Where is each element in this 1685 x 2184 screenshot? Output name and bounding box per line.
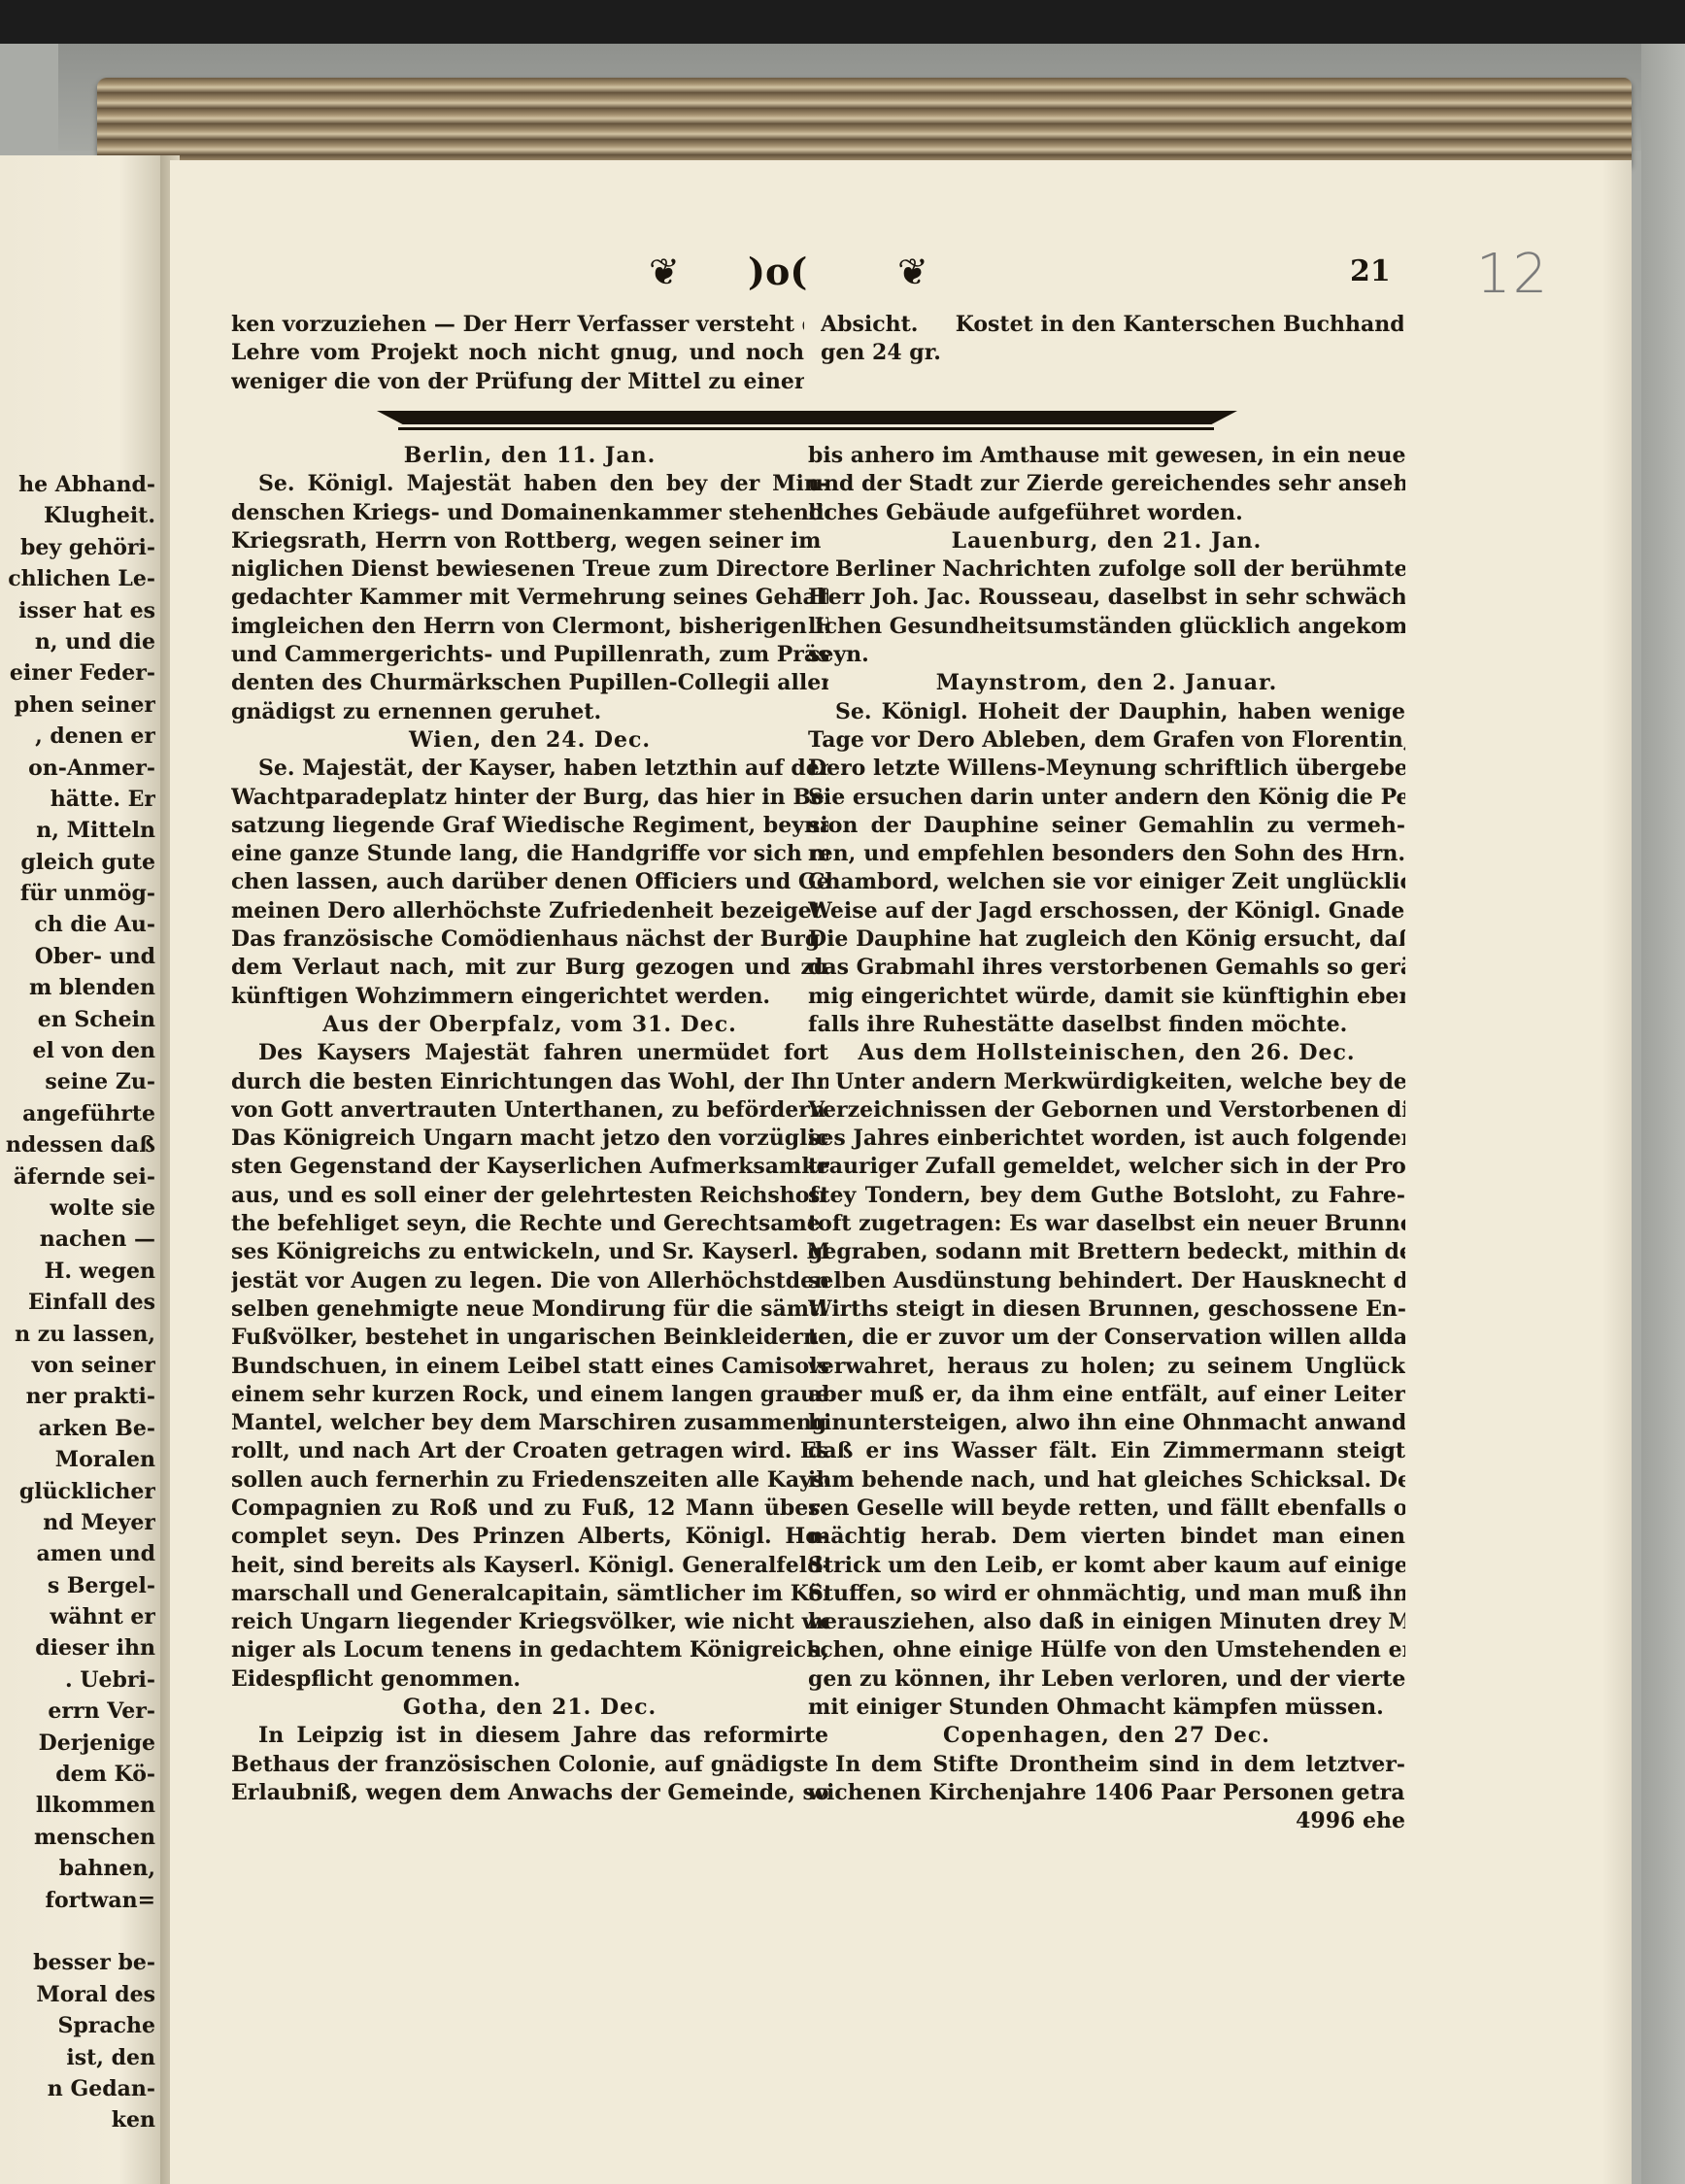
fragment-line: menschen (0, 1824, 155, 1855)
fragment-line: Sprache (0, 2012, 155, 2043)
fragment-line: glücklicher (0, 1478, 155, 1509)
news-paragraph: In Leipzig ist in diesem Jahre das refor… (231, 1722, 828, 1807)
fragment-line: amen und (0, 1540, 155, 1571)
text-line: Lehre vom Projekt noch nicht gnug, und n… (231, 339, 804, 367)
text-line: sion der Dauphine seiner Gemahlin zu ver… (808, 812, 1405, 840)
shell-ornament-icon: ❦ (649, 248, 680, 296)
page-number: 21 (1350, 254, 1391, 288)
text-line: bis anhero im Amthause mit gewesen, in e… (808, 442, 1405, 470)
text-line: Sie ersuchen darin unter andern den Köni… (808, 784, 1405, 812)
fragment-line: . Uebri- (0, 1666, 155, 1697)
dateline-heading: Aus dem Hollsteinischen, den 26. Dec. (808, 1039, 1405, 1067)
fragment-line (0, 1918, 155, 1949)
text-line: hinuntersteigen, alwo ihn eine Ohnmacht … (808, 1409, 1405, 1437)
shell-ornament-icon: ❦ (897, 248, 928, 296)
news-paragraph: Se. Königl. Hoheit der Dauphin, haben we… (808, 698, 1405, 1040)
dateline-heading: Maynstrom, den 2. Januar. (808, 669, 1405, 697)
fragment-line: wolte sie (0, 1194, 155, 1226)
text-line: sollen auch fernerhin zu Friedenszeiten … (231, 1466, 828, 1495)
fragment-line: chlichen Le- (0, 565, 155, 596)
section-divider-rule (377, 411, 1237, 424)
fragment-line: Moral des (0, 1981, 155, 2012)
text-line: Berliner Nachrichten zufolge soll der be… (808, 555, 1405, 584)
text-line: reich Ungarn liegender Kriegsvölker, wie… (231, 1608, 828, 1636)
fragment-line: von seiner (0, 1352, 155, 1383)
fragment-line: ndessen daß (0, 1131, 155, 1162)
text-line: niger als Locum tenens in gedachtem Köni… (231, 1636, 828, 1664)
dateline-heading: Gotha, den 21. Dec. (231, 1694, 828, 1722)
text-line: aus, und es soll einer der gelehrtesten … (231, 1182, 828, 1210)
text-line: gedachter Kammer mit Vermehrung seines G… (231, 584, 828, 612)
fragment-line: m blenden (0, 974, 155, 1005)
text-line: Wirths steigt in diesen Brunnen, geschos… (808, 1295, 1405, 1324)
fragment-line: Moralen (0, 1446, 155, 1477)
text-line: herausziehen, also daß in einigen Minute… (808, 1608, 1405, 1636)
news-paragraph: In dem Stifte Drontheim sind in dem letz… (808, 1751, 1405, 1808)
fragment-line: phen seiner (0, 691, 155, 722)
text-line: Das Königreich Ungarn macht jetzo den vo… (231, 1125, 828, 1153)
text-line: seyn. (808, 641, 1405, 669)
fragment-line: angeführte (0, 1100, 155, 1131)
column-right: bis anhero im Amthause mit gewesen, in e… (808, 442, 1405, 1836)
text-line: lichen Gesundheitsumständen glücklich an… (808, 613, 1405, 641)
page-block-edges (97, 78, 1632, 165)
fragment-line: isser hat es (0, 597, 155, 628)
fragment-line: ch die Au- (0, 911, 155, 942)
text-line: chen lassen, auch darüber denen Officier… (231, 868, 828, 896)
text-line: daß er ins Wasser fält. Ein Zimmermann s… (808, 1437, 1405, 1465)
catchword: 4996 ehe (808, 1807, 1405, 1835)
dateline-heading: Aus der Oberpfalz, vom 31. Dec. (231, 1011, 828, 1039)
text-line: Die Dauphine hat zugleich den König ersu… (808, 925, 1405, 954)
news-paragraph: Se. Königl. Majestät haben den bey der M… (231, 470, 828, 726)
text-line: liches Gebäude aufgeführet worden. (808, 499, 1405, 527)
fragment-line: besser be- (0, 1949, 155, 1980)
fragment-line: Derjenige (0, 1730, 155, 1761)
text-line: Se. Majestät, der Kayser, haben letzthin… (231, 755, 828, 783)
text-line: toft zugetragen: Es war daselbst ein neu… (808, 1210, 1405, 1238)
text-line: complet seyn. Des Prinzen Alberts, König… (231, 1523, 828, 1551)
page-header: ❦ )o( ❦ (0, 248, 1685, 296)
intro-right: Absicht. Kostet in den Kanterschen Buchh… (821, 311, 1403, 368)
fragment-line: el von den (0, 1037, 155, 1068)
fragment-line: ist, den (0, 2044, 155, 2075)
text-line: durch die besten Einrichtungen das Wohl,… (231, 1068, 828, 1096)
news-paragraph: bis anhero im Amthause mit gewesen, in e… (808, 442, 1405, 527)
fragment-line: he Abhand- (0, 471, 155, 502)
fragment-line: n, Mitteln (0, 817, 155, 848)
text-line: Dero letzte Willens-Meynung schriftlich … (808, 755, 1405, 783)
text-line: marschall und Generalcapitain, sämtliche… (231, 1580, 828, 1608)
text-line: Mantel, welcher bey dem Marschiren zusam… (231, 1409, 828, 1437)
fragment-line: ner prakti- (0, 1383, 155, 1414)
fragment-line: Klugheit. (0, 502, 155, 533)
pencil-folio-number: 12 (1476, 243, 1549, 306)
fragment-line: H. wegen (0, 1258, 155, 1289)
news-paragraph: Berliner Nachrichten zufolge soll der be… (808, 555, 1405, 669)
dateline-heading: Copenhagen, den 27 Dec. (808, 1722, 1405, 1750)
column-left: Berlin, den 11. Jan.Se. Königl. Majestät… (231, 442, 828, 1807)
text-line: Herr Joh. Jac. Rousseau, daselbst in seh… (808, 584, 1405, 612)
text-line: Tage vor Dero Ableben, dem Grafen von Fl… (808, 726, 1405, 755)
fragment-line: seine Zu- (0, 1068, 155, 1099)
text-line: gen zu können, ihr Leben verloren, und d… (808, 1665, 1405, 1694)
fragment-line: dem Kö- (0, 1761, 155, 1792)
text-line: Fußvölker, bestehet in ungarischen Beink… (231, 1324, 828, 1352)
fragment-line: llkommen (0, 1792, 155, 1823)
text-line: ten, die er zuvor um der Conservation wi… (808, 1324, 1405, 1352)
text-line: Bethaus der französischen Colonie, auf g… (231, 1751, 828, 1779)
text-line: eine ganze Stunde lang, die Handgriffe v… (231, 840, 828, 868)
fragment-line: hätte. Er (0, 786, 155, 817)
text-line: ken vorzuziehen — Der Herr Verfasser ver… (231, 311, 804, 339)
fragment-line: wähnt er (0, 1603, 155, 1634)
fragment-line: für unmög- (0, 880, 155, 911)
fragment-line: n zu lassen, (0, 1321, 155, 1352)
fragment-line: en Schein (0, 1006, 155, 1037)
fragment-line: dieser ihn (0, 1634, 155, 1665)
text-line: selben Ausdünstung behindert. Der Hauskn… (808, 1267, 1405, 1295)
fragment-line: bahnen, (0, 1855, 155, 1886)
text-line: Kriegsrath, Herrn von Rottberg, wegen se… (231, 527, 828, 555)
news-paragraph: Unter andern Merkwürdigkeiten, welche be… (808, 1068, 1405, 1723)
text-line: Se. Königl. Majestät haben den bey der M… (231, 470, 828, 498)
text-line: Verzeichnissen der Gebornen und Verstorb… (808, 1096, 1405, 1125)
fragment-line: on-Anmer- (0, 755, 155, 786)
text-line: In dem Stifte Drontheim sind in dem letz… (808, 1751, 1405, 1779)
text-line: meinen Dero allerhöchste Zufriedenheit b… (231, 897, 828, 925)
fragment-line: gleich gute (0, 849, 155, 880)
text-line: künftigen Wohzimmern eingerichtet werden… (231, 983, 828, 1011)
text-line: verwahret, heraus zu holen; zu seinem Un… (808, 1353, 1405, 1381)
dateline-heading: Wien, den 24. Dec. (231, 726, 828, 755)
fragment-line: einer Feder- (0, 659, 155, 690)
text-line: denschen Kriegs- und Domainenkammer steh… (231, 499, 828, 527)
news-paragraph: Des Kaysers Majestät fahren unermüdet fo… (231, 1039, 828, 1694)
text-line: Compagnien zu Roß und zu Fuß, 12 Mann üb… (231, 1495, 828, 1523)
text-line: selben genehmigte neue Mondirung für die… (231, 1295, 828, 1324)
text-line: Stuffen, so wird er ohnmächtig, und man … (808, 1580, 1405, 1608)
fragment-line: Ober- und (0, 943, 155, 974)
center-ornament-icon: )o( (748, 248, 807, 296)
dateline-heading: Lauenburg, den 21. Jan. (808, 527, 1405, 555)
text-line: trauriger Zufall gemeldet, welcher sich … (808, 1153, 1405, 1181)
text-line: schen, ohne einige Hülfe von den Umstehe… (808, 1636, 1405, 1664)
dateline-heading: Berlin, den 11. Jan. (231, 442, 828, 470)
text-line: dem Verlaut nach, mit zur Burg gezogen u… (231, 954, 828, 982)
text-line: ses Königreichs zu entwickeln, und Sr. K… (231, 1238, 828, 1266)
text-line: jestät vor Augen zu legen. Die von Aller… (231, 1267, 828, 1295)
fragment-line: n, und die (0, 628, 155, 659)
text-line: ren, und empfehlen besonders den Sohn de… (808, 840, 1405, 868)
text-line: Eidespflicht genommen. (231, 1665, 828, 1694)
text-line: einem sehr kurzen Rock, und einem langen… (231, 1381, 828, 1409)
left-page: he Abhand-Klugheit.bey gehöri-chlichen L… (0, 155, 170, 2184)
text-line: Absicht. Kostet in den Kanterschen Buchh… (821, 311, 1403, 339)
cover-right-edge (1641, 44, 1685, 2184)
text-line: von Gott anvertrauten Unterthanen, zu be… (231, 1096, 828, 1125)
fragment-line: , denen er (0, 722, 155, 754)
text-line: ihm behende nach, und hat gleiches Schic… (808, 1466, 1405, 1495)
text-line: Das französische Comödienhaus nächst der… (231, 925, 828, 954)
text-line: Se. Königl. Hoheit der Dauphin, haben we… (808, 698, 1405, 726)
text-line: mig eingerichtet würde, damit sie künfti… (808, 983, 1405, 1011)
text-line: Wachtparadeplatz hinter der Burg, das hi… (231, 784, 828, 812)
text-line: sten Gegenstand der Kayserlichen Aufmerk… (231, 1153, 828, 1181)
text-line: gegraben, sodann mit Brettern bedeckt, m… (808, 1238, 1405, 1266)
text-line: heit, sind bereits als Kayserl. Königl. … (231, 1552, 828, 1580)
fragment-line: arken Be- (0, 1415, 155, 1446)
fragment-line: fortwan= (0, 1887, 155, 1918)
text-line: niglichen Dienst bewiesenen Treue zum Di… (231, 555, 828, 584)
text-line: falls ihre Ruhestätte daselbst finden mö… (808, 1011, 1405, 1039)
text-line: ses Jahres einberichtet worden, ist auch… (808, 1125, 1405, 1153)
fragment-line: nd Meyer (0, 1509, 155, 1540)
text-line: gen 24 gr. (821, 339, 1403, 367)
text-line: weniger die von der Prüfung der Mittel z… (231, 368, 804, 396)
text-line: mächtig herab. Dem vierten bindet man ei… (808, 1523, 1405, 1551)
text-line: und der Stadt zur Zierde gereichendes se… (808, 470, 1405, 498)
section-divider-thin-rule (398, 427, 1214, 430)
text-line: Unter andern Merkwürdigkeiten, welche be… (808, 1068, 1405, 1096)
text-line: aber muß er, da ihm eine entfält, auf ei… (808, 1381, 1405, 1409)
text-line: Chambord, welchen sie vor einiger Zeit u… (808, 868, 1405, 896)
fragment-line: nachen — (0, 1226, 155, 1257)
fragment-line: Einfall des (0, 1289, 155, 1320)
left-page-text-fragment: he Abhand-Klugheit.bey gehöri-chlichen L… (0, 471, 155, 2138)
text-line: mit einiger Stunden Ohmacht kämpfen müss… (808, 1694, 1405, 1722)
text-line: Weise auf der Jagd erschossen, der König… (808, 897, 1405, 925)
text-line: rollt, und nach Art der Croaten getragen… (231, 1437, 828, 1465)
text-line: Strick um den Leib, er komt aber kaum au… (808, 1552, 1405, 1580)
fragment-line: ken (0, 2106, 155, 2137)
text-line: imgleichen den Herrn von Clermont, bishe… (231, 613, 828, 641)
fragment-line: errn Ver- (0, 1697, 155, 1729)
fragment-line: bey gehöri- (0, 534, 155, 565)
text-line: Des Kaysers Majestät fahren unermüdet fo… (231, 1039, 828, 1067)
intro-left: ken vorzuziehen — Der Herr Verfasser ver… (231, 311, 804, 396)
fragment-line: n Gedan- (0, 2075, 155, 2106)
text-line: In Leipzig ist in diesem Jahre das refor… (231, 1722, 828, 1750)
fragment-line: äfernde sei- (0, 1163, 155, 1194)
text-line: denten des Churmärkschen Pupillen-Colleg… (231, 669, 828, 697)
text-line: sen Geselle will beyde retten, und fällt… (808, 1495, 1405, 1523)
text-line: stey Tondern, bey dem Guthe Botsloht, zu… (808, 1182, 1405, 1210)
fragment-line: s Bergel- (0, 1572, 155, 1603)
text-line: das Grabmahl ihres verstorbenen Gemahls … (808, 954, 1405, 982)
news-paragraph: Se. Majestät, der Kayser, haben letzthin… (231, 755, 828, 1011)
text-line: the befehliget seyn, die Rechte und Gere… (231, 1210, 828, 1238)
text-line: Bundschuen, in einem Leibel statt eines … (231, 1353, 828, 1381)
text-line: satzung liegende Graf Wiedische Regiment… (231, 812, 828, 840)
text-line: und Cammergerichts- und Pupillenrath, zu… (231, 641, 828, 669)
text-line: wichenen Kirchenjahre 1406 Paar Personen… (808, 1779, 1405, 1807)
text-line: Erlaubniß, wegen dem Anwachs der Gemeind… (231, 1779, 828, 1807)
text-line: gnädigst zu ernennen geruhet. (231, 698, 828, 726)
